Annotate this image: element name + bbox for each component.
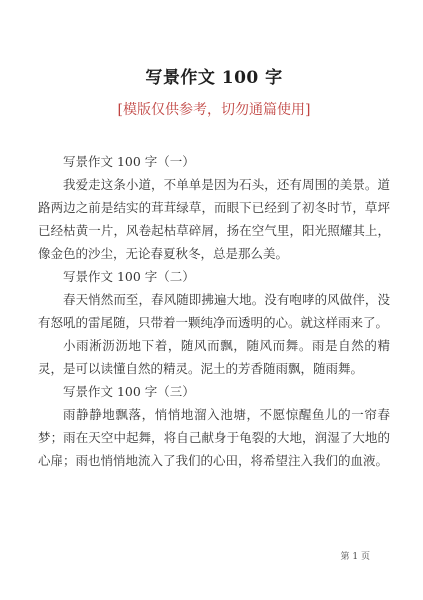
section-heading-1: 写景作文 100 字（一） xyxy=(38,150,390,173)
section-heading-2: 写景作文 100 字（二） xyxy=(38,265,390,288)
section-heading-3: 写景作文 100 字（三） xyxy=(38,380,390,403)
document-title: 写景作文 100 字 xyxy=(38,66,390,90)
template-notice: [模版仅供参考，切勿通篇使用] xyxy=(38,98,390,122)
paragraph: 我爱走这条小道，不单单是因为石头，还有周围的美景。道路两边之前是结实的茸茸绿草，… xyxy=(38,173,390,265)
paragraph: 雨静静地飘落，悄悄地溜入池塘，不愿惊醒鱼儿的一帘春梦；雨在天空中起舞，将自己献身… xyxy=(38,403,390,472)
paragraph: 春天悄然而至，春风随即拂遍大地。没有咆哮的风做伴，没有怒吼的雷尾随，只带着一颗纯… xyxy=(38,288,390,334)
document-page: 写景作文 100 字 [模版仅供参考，切勿通篇使用] 写景作文 100 字（一）… xyxy=(0,0,423,600)
document-body: 写景作文 100 字（一） 我爱走这条小道，不单单是因为石头，还有周围的美景。道… xyxy=(38,150,390,472)
paragraph: 小雨淅沥沥地下着，随风而飘，随风而舞。雨是自然的精灵，是可以读懂自然的精灵。泥土… xyxy=(38,334,390,380)
page-number: 第 1 页 xyxy=(341,549,370,562)
